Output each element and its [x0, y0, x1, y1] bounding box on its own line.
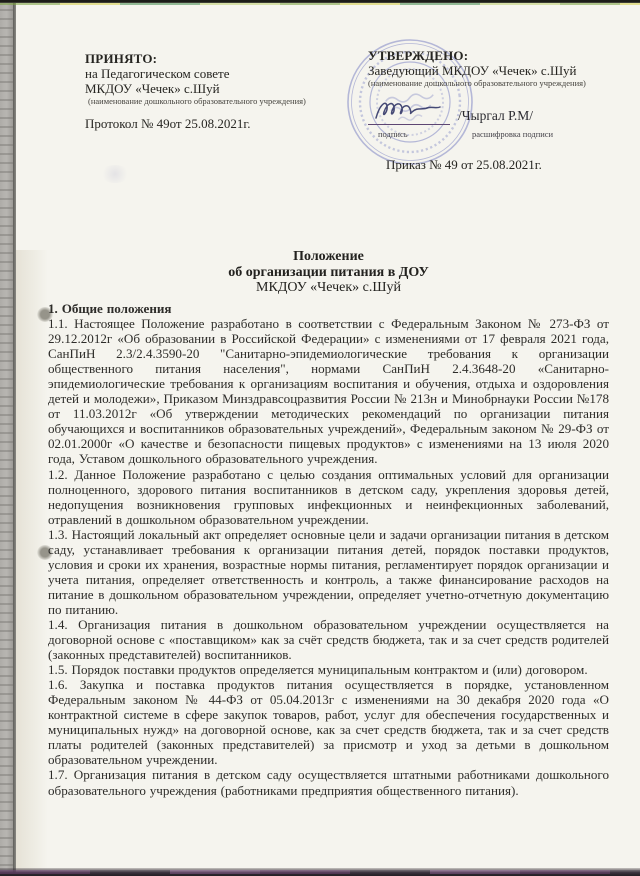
approved-left-line2: МКДОУ «Чечек» с.Шуй: [85, 81, 345, 96]
approved-right-title: УТВЕРЖДЕНО:: [368, 48, 628, 63]
handwritten-signature: [370, 96, 454, 126]
approved-right-line1: Заведующий МКДОУ «Чечек» с.Шуй: [368, 63, 628, 78]
body-paragraph-1-4: 1.4. Организация питания в дошкольном об…: [48, 617, 609, 662]
document-title-line1: Положение: [48, 249, 609, 265]
scan-smudge: [100, 165, 130, 183]
institution-name-sublabel: (наименование дошкольного образовательно…: [368, 78, 628, 89]
protocol-number: Протокол № 49от 25.08.2021г.: [85, 116, 345, 131]
scan-left-perforation: [0, 0, 13, 876]
body-paragraph-1-2: 1.2. Данное Положение разработано с цель…: [48, 467, 609, 527]
scan-underpage-shadow: [16, 250, 48, 876]
signature-name: /Чыргал Р.М/: [458, 108, 533, 123]
body-paragraph-1-5: 1.5. Порядок поставки продуктов определя…: [48, 662, 609, 677]
scan-bottom-color-artifact: [0, 870, 640, 874]
approved-block-left: ПРИНЯТО: на Педагогическом совете МКДОУ …: [85, 51, 345, 131]
signature-decode-caption: расшифровка подписи: [472, 127, 553, 142]
section-heading: 1. Общие положения: [48, 301, 609, 316]
body-paragraph-1-3: 1.3. Настоящий локальный акт определяет …: [48, 527, 609, 617]
signature-caption: подпись: [378, 127, 408, 142]
scan-top-color-artifact: [0, 3, 640, 5]
document-body: 1. Общие положения 1.1. Настоящее Положе…: [48, 301, 609, 798]
approved-left-title: ПРИНЯТО:: [85, 51, 345, 66]
approved-left-line1: на Педагогическом совете: [85, 66, 345, 81]
scanned-document-page: ПРИНЯТО: на Педагогическом совете МКДОУ …: [0, 0, 640, 876]
signature-row: /Чыргал Р.М/ подпись расшифровка подписи: [368, 98, 618, 136]
body-paragraph-1-6: 1.6. Закупка и поставка продуктов питани…: [48, 677, 609, 767]
document-title: Положение об организации питания в ДОУ М…: [48, 249, 609, 296]
order-number: Приказ № 49 от 25.08.2021г.: [368, 157, 628, 172]
body-paragraph-1-1: 1.1. Настоящее Положение разработано в с…: [48, 316, 609, 466]
document-title-line3: МКДОУ «Чечек» с.Шуй: [48, 280, 609, 296]
body-paragraph-1-7: 1.7. Организация питания в детском саду …: [48, 767, 609, 797]
document-title-line2: об организации питания в ДОУ: [48, 265, 609, 281]
signature-line: [368, 124, 450, 125]
institution-name-sublabel: (наименование дошкольного образовательно…: [85, 96, 345, 107]
approved-block-right: УТВЕРЖДЕНО: Заведующий МКДОУ «Чечек» с.Ш…: [368, 48, 628, 172]
